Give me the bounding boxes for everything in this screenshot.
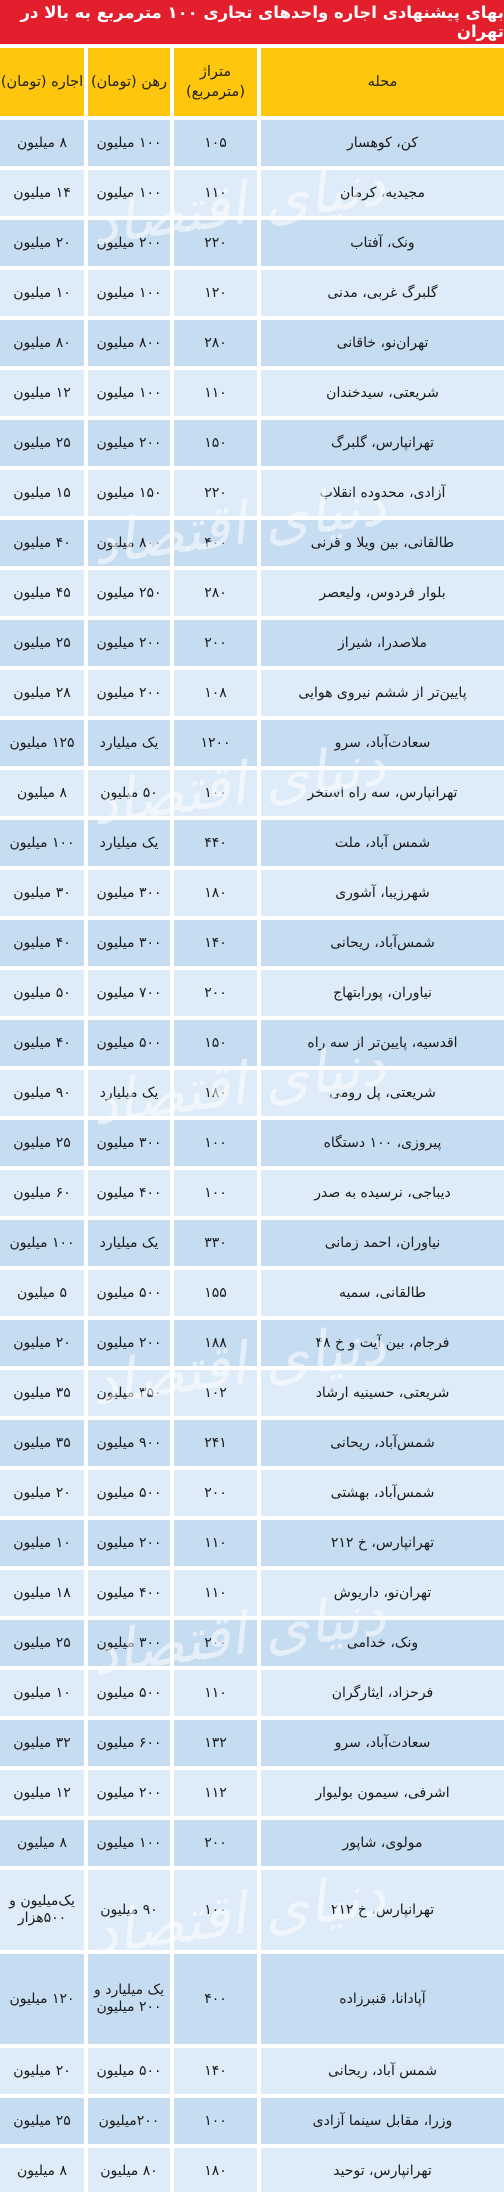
cell-rent: ۱۲ میلیون — [0, 370, 84, 416]
cell-deposit: ۳۵۰ میلیون — [88, 1370, 170, 1416]
cell-neighborhood: ملاصدرا، شیراز — [261, 620, 504, 666]
cell-neighborhood: کن، کوهسار — [261, 120, 504, 166]
table-row: تهرانپارس، خ ۲۱۲۱۰۰۹۰ میلیونیک‌میلیون و … — [0, 1870, 504, 1950]
cell-area: ۲۸۰ — [174, 570, 257, 616]
cell-neighborhood: طالقانی، بین ویلا و قرنی — [261, 520, 504, 566]
cell-neighborhood: تهرانپارس، گلبرگ — [261, 420, 504, 466]
cell-rent: ۵۰ میلیون — [0, 970, 84, 1016]
cell-rent: ۹۰ میلیون — [0, 1070, 84, 1116]
cell-neighborhood: شمس آباد، ریحانی — [261, 2048, 504, 2094]
cell-deposit: یک میلیارد — [88, 820, 170, 866]
cell-area: ۱۴۰ — [174, 920, 257, 966]
cell-area: ۱۳۲ — [174, 1720, 257, 1766]
table-row: طالقانی، سمیه۱۵۵۵۰۰ میلیون۵ میلیون — [0, 1270, 504, 1316]
cell-rent: ۸ میلیون — [0, 120, 84, 166]
cell-rent: ۲۵ میلیون — [0, 420, 84, 466]
cell-neighborhood: آزادی، محدوده انقلاب — [261, 470, 504, 516]
cell-rent: ۳۲ میلیون — [0, 1720, 84, 1766]
cell-rent: ۱۰ میلیون — [0, 1520, 84, 1566]
cell-rent: ۱۰ میلیون — [0, 270, 84, 316]
header-neighborhood: محله — [261, 48, 504, 116]
cell-rent: ۸ میلیون — [0, 770, 84, 816]
table-row: کن، کوهسار۱۰۵۱۰۰ میلیون۸ میلیون — [0, 120, 504, 166]
cell-rent: ۱۸ میلیون — [0, 1570, 84, 1616]
cell-area: ۱۸۰ — [174, 870, 257, 916]
table-body: کن، کوهسار۱۰۵۱۰۰ میلیون۸ میلیونمجیدیه، ک… — [0, 120, 504, 2192]
cell-area: ۱۵۰ — [174, 420, 257, 466]
cell-area: ۱۵۵ — [174, 1270, 257, 1316]
cell-area: ۱۰۰ — [174, 1120, 257, 1166]
header-rent: اجاره (تومان) — [0, 48, 84, 116]
cell-rent: ۵ میلیون — [0, 1270, 84, 1316]
cell-deposit: یک میلیارد — [88, 1070, 170, 1116]
cell-deposit: ۲۰۰ میلیون — [88, 420, 170, 466]
cell-deposit: ۵۰ میلیون — [88, 770, 170, 816]
cell-rent: ۶۰ میلیون — [0, 1170, 84, 1216]
table-row: نیاوران، پورابتهاج۲۰۰۷۰۰ میلیون۵۰ میلیون — [0, 970, 504, 1016]
cell-area: ۲۸۰ — [174, 320, 257, 366]
cell-neighborhood: دیباجی، نرسیده به صدر — [261, 1170, 504, 1216]
table-row: وزرا، مقابل سینما آزادی۱۰۰۲۰۰میلیون۲۵ می… — [0, 2098, 504, 2144]
table-row: فرحزاد، ایثارگران۱۱۰۵۰۰ میلیون۱۰ میلیون — [0, 1670, 504, 1716]
cell-deposit: ۴۰۰ میلیون — [88, 1170, 170, 1216]
cell-neighborhood: تهرانپارس، خ ۲۱۲ — [261, 1870, 504, 1950]
cell-deposit: ۳۰۰ میلیون — [88, 1120, 170, 1166]
cell-area: ۱۵۰ — [174, 1020, 257, 1066]
cell-deposit: ۱۰۰ میلیون — [88, 170, 170, 216]
table-header-row: محله متراژ (مترمربع) رهن (تومان) اجاره (… — [0, 48, 504, 116]
table-row: پیروزی، ۱۰۰ دستگاه۱۰۰۳۰۰ میلیون۲۵ میلیون — [0, 1120, 504, 1166]
cell-rent: ۱۰۰ میلیون — [0, 1220, 84, 1266]
cell-deposit: یک میلیارد و ۲۰۰ میلیون — [88, 1954, 170, 2044]
table-row: تهرانپارس، سه راه استخر۱۰۰۵۰ میلیون۸ میل… — [0, 770, 504, 816]
cell-area: ۱۲۰ — [174, 270, 257, 316]
table-row: سعادت‌آباد، سرو۱۲۰۰یک میلیارد۱۲۵ میلیون — [0, 720, 504, 766]
cell-deposit: ۳۰۰ میلیون — [88, 920, 170, 966]
cell-deposit: ۳۰۰ میلیون — [88, 1620, 170, 1666]
cell-deposit: ۲۰۰ میلیون — [88, 220, 170, 266]
cell-neighborhood: شریعتی، حسینیه ارشاد — [261, 1370, 504, 1416]
cell-rent: ۸۰ میلیون — [0, 320, 84, 366]
cell-neighborhood: گلبرگ غربی، مدنی — [261, 270, 504, 316]
cell-deposit: ۱۰۰ میلیون — [88, 120, 170, 166]
cell-neighborhood: شمس‌آباد، ریحانی — [261, 1420, 504, 1466]
cell-neighborhood: شمس‌آباد، بهشتی — [261, 1470, 504, 1516]
cell-neighborhood: بلوار فردوس، ولیعصر — [261, 570, 504, 616]
cell-rent: ۳۰ میلیون — [0, 870, 84, 916]
cell-deposit: ۲۵۰ میلیون — [88, 570, 170, 616]
cell-rent: ۸ میلیون — [0, 1820, 84, 1866]
cell-area: ۱۱۰ — [174, 370, 257, 416]
cell-deposit: ۵۰۰ میلیون — [88, 2048, 170, 2094]
cell-rent: ۱۴ میلیون — [0, 170, 84, 216]
cell-rent: یک‌میلیون و ۵۰۰هزار — [0, 1870, 84, 1950]
cell-rent: ۲۰ میلیون — [0, 220, 84, 266]
cell-deposit: ۵۰۰ میلیون — [88, 1470, 170, 1516]
cell-area: ۱۰۵ — [174, 120, 257, 166]
cell-neighborhood: ونک، آفتاب — [261, 220, 504, 266]
cell-deposit: ۸۰ میلیون — [88, 2148, 170, 2192]
cell-area: ۲۰۰ — [174, 1820, 257, 1866]
cell-area: ۲۰۰ — [174, 1470, 257, 1516]
cell-rent: ۸ میلیون — [0, 2148, 84, 2192]
table-row: شمس‌آباد، ریحانی۲۴۱۹۰۰ میلیون۳۵ میلیون — [0, 1420, 504, 1466]
cell-deposit: ۵۰۰ میلیون — [88, 1020, 170, 1066]
cell-neighborhood: شمس آباد، ملت — [261, 820, 504, 866]
cell-neighborhood: شمس‌آباد، ریحانی — [261, 920, 504, 966]
table-row: پایین‌تر از ششم نیروی هوایی۱۰۸۲۰۰ میلیون… — [0, 670, 504, 716]
table-row: تهران‌نو، داریوش۱۱۰۴۰۰ میلیون۱۸ میلیون — [0, 1570, 504, 1616]
cell-rent: ۲۰ میلیون — [0, 2048, 84, 2094]
cell-neighborhood: اقدسیه، پایین‌تر از سه راه — [261, 1020, 504, 1066]
cell-area: ۱۱۲ — [174, 1770, 257, 1816]
cell-area: ۲۲۰ — [174, 470, 257, 516]
cell-deposit: ۴۰۰ میلیون — [88, 1570, 170, 1616]
cell-deposit: یک میلیارد — [88, 1220, 170, 1266]
cell-neighborhood: تهرانپارس، توحید — [261, 2148, 504, 2192]
cell-deposit: ۵۰۰ میلیون — [88, 1670, 170, 1716]
cell-deposit: ۹۰۰ میلیون — [88, 1420, 170, 1466]
cell-deposit: ۷۰۰ میلیون — [88, 970, 170, 1016]
cell-area: ۱۰۲ — [174, 1370, 257, 1416]
table-row: شهرزیبا، آشوری۱۸۰۳۰۰ میلیون۳۰ میلیون — [0, 870, 504, 916]
table-row: مولوی، شاپور۲۰۰۱۰۰ میلیون۸ میلیون — [0, 1820, 504, 1866]
cell-deposit: ۱۵۰ میلیون — [88, 470, 170, 516]
cell-area: ۲۰۰ — [174, 620, 257, 666]
cell-rent: ۳۵ میلیون — [0, 1420, 84, 1466]
table-row: طالقانی، بین ویلا و قرنی۴۰۰۸۰۰ میلیون۴۰ … — [0, 520, 504, 566]
cell-rent: ۱۵ میلیون — [0, 470, 84, 516]
table-row: تهرانپارس، توحید۱۸۰۸۰ میلیون۸ میلیون — [0, 2148, 504, 2192]
cell-area: ۱۰۰ — [174, 1870, 257, 1950]
cell-neighborhood: مجیدیه، کرمان — [261, 170, 504, 216]
cell-deposit: ۱۰۰ میلیون — [88, 270, 170, 316]
cell-neighborhood: سعادت‌آباد، سرو — [261, 1720, 504, 1766]
cell-neighborhood: فرجام، بین آیت و خ ۴۸ — [261, 1320, 504, 1366]
page-title: بهای پیشنهادی اجاره واحدهای تجاری ۱۰۰ مت… — [0, 0, 504, 48]
cell-area: ۳۳۰ — [174, 1220, 257, 1266]
cell-rent: ۴۵ میلیون — [0, 570, 84, 616]
cell-area: ۱۱۰ — [174, 170, 257, 216]
table-row: آپادانا، قنبرزاده۴۰۰یک میلیارد و ۲۰۰ میل… — [0, 1954, 504, 2044]
cell-area: ۴۰۰ — [174, 1954, 257, 2044]
cell-neighborhood: پایین‌تر از ششم نیروی هوایی — [261, 670, 504, 716]
cell-neighborhood: شریعتی، پل رومی — [261, 1070, 504, 1116]
cell-neighborhood: تهران‌نو، خاقانی — [261, 320, 504, 366]
cell-neighborhood: فرحزاد، ایثارگران — [261, 1670, 504, 1716]
cell-deposit: ۶۰۰ میلیون — [88, 1720, 170, 1766]
table-row: اشرفی، سیمون بولیوار۱۱۲۲۰۰ میلیون۱۲ میلی… — [0, 1770, 504, 1816]
cell-rent: ۱۰۰ میلیون — [0, 820, 84, 866]
table-row: فرجام، بین آیت و خ ۴۸۱۸۸۲۰۰ میلیون۲۰ میل… — [0, 1320, 504, 1366]
cell-area: ۴۴۰ — [174, 820, 257, 866]
cell-neighborhood: سعادت‌آباد، سرو — [261, 720, 504, 766]
cell-deposit: ۲۰۰ میلیون — [88, 1320, 170, 1366]
cell-area: ۲۲۰ — [174, 220, 257, 266]
cell-rent: ۳۵ میلیون — [0, 1370, 84, 1416]
cell-deposit: ۱۰۰ میلیون — [88, 370, 170, 416]
table-row: شمس‌آباد، بهشتی۲۰۰۵۰۰ میلیون۲۰ میلیون — [0, 1470, 504, 1516]
table-row: تهران‌نو، خاقانی۲۸۰۸۰۰ میلیون۸۰ میلیون — [0, 320, 504, 366]
cell-area: ۲۰۰ — [174, 1620, 257, 1666]
cell-neighborhood: مولوی، شاپور — [261, 1820, 504, 1866]
table-row: اقدسیه، پایین‌تر از سه راه۱۵۰۵۰۰ میلیون۴… — [0, 1020, 504, 1066]
table-row: ونک، آفتاب۲۲۰۲۰۰ میلیون۲۰ میلیون — [0, 220, 504, 266]
cell-neighborhood: وزرا، مقابل سینما آزادی — [261, 2098, 504, 2144]
cell-deposit: ۲۰۰ میلیون — [88, 1770, 170, 1816]
cell-deposit: ۲۰۰ میلیون — [88, 620, 170, 666]
cell-rent: ۱۲ میلیون — [0, 1770, 84, 1816]
table-row: گلبرگ غربی، مدنی۱۲۰۱۰۰ میلیون۱۰ میلیون — [0, 270, 504, 316]
cell-rent: ۱۲۰ میلیون — [0, 1954, 84, 2044]
cell-neighborhood: آپادانا، قنبرزاده — [261, 1954, 504, 2044]
cell-neighborhood: شریعتی، سیدخندان — [261, 370, 504, 416]
table-row: دیباجی، نرسیده به صدر۱۰۰۴۰۰ میلیون۶۰ میل… — [0, 1170, 504, 1216]
table-row: آزادی، محدوده انقلاب۲۲۰۱۵۰ میلیون۱۵ میلی… — [0, 470, 504, 516]
cell-rent: ۲۵ میلیون — [0, 1120, 84, 1166]
cell-area: ۱۸۰ — [174, 1070, 257, 1116]
table-row: تهرانپارس، گلبرگ۱۵۰۲۰۰ میلیون۲۵ میلیون — [0, 420, 504, 466]
cell-area: ۴۰۰ — [174, 520, 257, 566]
cell-area: ۱۸۸ — [174, 1320, 257, 1366]
cell-neighborhood: اشرفی، سیمون بولیوار — [261, 1770, 504, 1816]
table-row: نیاوران، احمد زمانی۳۳۰یک میلیارد۱۰۰ میلی… — [0, 1220, 504, 1266]
cell-rent: ۲۰ میلیون — [0, 1320, 84, 1366]
cell-neighborhood: تهرانپارس، خ ۲۱۲ — [261, 1520, 504, 1566]
cell-rent: ۴۰ میلیون — [0, 1020, 84, 1066]
cell-rent: ۲۵ میلیون — [0, 1620, 84, 1666]
cell-area: ۱۴۰ — [174, 2048, 257, 2094]
cell-area: ۱۰۰ — [174, 1170, 257, 1216]
cell-deposit: یک میلیارد — [88, 720, 170, 766]
cell-neighborhood: ونک، خدامی — [261, 1620, 504, 1666]
cell-area: ۱۰۰ — [174, 2098, 257, 2144]
cell-area: ۱۱۰ — [174, 1670, 257, 1716]
cell-neighborhood: تهران‌نو، داریوش — [261, 1570, 504, 1616]
table-row: شمس آباد، ریحانی۱۴۰۵۰۰ میلیون۲۰ میلیون — [0, 2048, 504, 2094]
cell-neighborhood: طالقانی، سمیه — [261, 1270, 504, 1316]
cell-area: ۱۱۰ — [174, 1570, 257, 1616]
table-row: ونک، خدامی۲۰۰۳۰۰ میلیون۲۵ میلیون — [0, 1620, 504, 1666]
table-row: ملاصدرا، شیراز۲۰۰۲۰۰ میلیون۲۵ میلیون — [0, 620, 504, 666]
cell-rent: ۲۸ میلیون — [0, 670, 84, 716]
table-row: شمس‌آباد، ریحانی۱۴۰۳۰۰ میلیون۴۰ میلیون — [0, 920, 504, 966]
cell-deposit: ۳۰۰ میلیون — [88, 870, 170, 916]
cell-rent: ۱۰ میلیون — [0, 1670, 84, 1716]
cell-deposit: ۲۰۰ میلیون — [88, 670, 170, 716]
cell-rent: ۱۲۵ میلیون — [0, 720, 84, 766]
table-row: مجیدیه، کرمان۱۱۰۱۰۰ میلیون۱۴ میلیون — [0, 170, 504, 216]
cell-deposit: ۹۰ میلیون — [88, 1870, 170, 1950]
cell-area: ۱۸۰ — [174, 2148, 257, 2192]
table-row: شریعتی، حسینیه ارشاد۱۰۲۳۵۰ میلیون۳۵ میلی… — [0, 1370, 504, 1416]
cell-area: ۱۰۸ — [174, 670, 257, 716]
cell-deposit: ۱۰۰ میلیون — [88, 1820, 170, 1866]
cell-area: ۲۴۱ — [174, 1420, 257, 1466]
cell-neighborhood: نیاوران، پورابتهاج — [261, 970, 504, 1016]
cell-deposit: ۸۰۰ میلیون — [88, 520, 170, 566]
table-row: سعادت‌آباد، سرو۱۳۲۶۰۰ میلیون۳۲ میلیون — [0, 1720, 504, 1766]
header-area: متراژ (مترمربع) — [174, 48, 257, 116]
table-row: تهرانپارس، خ ۲۱۲۱۱۰۲۰۰ میلیون۱۰ میلیون — [0, 1520, 504, 1566]
cell-deposit: ۵۰۰ میلیون — [88, 1270, 170, 1316]
cell-deposit: ۸۰۰ میلیون — [88, 320, 170, 366]
cell-rent: ۴۰ میلیون — [0, 520, 84, 566]
cell-area: ۱۲۰۰ — [174, 720, 257, 766]
cell-area: ۲۰۰ — [174, 970, 257, 1016]
cell-rent: ۲۰ میلیون — [0, 1470, 84, 1516]
rent-price-table: محله متراژ (مترمربع) رهن (تومان) اجاره (… — [0, 44, 504, 2192]
table-row: شمس آباد، ملت۴۴۰یک میلیارد۱۰۰ میلیون — [0, 820, 504, 866]
table-row: شریعتی، سیدخندان۱۱۰۱۰۰ میلیون۱۲ میلیون — [0, 370, 504, 416]
cell-neighborhood: شهرزیبا، آشوری — [261, 870, 504, 916]
cell-rent: ۲۵ میلیون — [0, 2098, 84, 2144]
cell-neighborhood: تهرانپارس، سه راه استخر — [261, 770, 504, 816]
cell-neighborhood: پیروزی، ۱۰۰ دستگاه — [261, 1120, 504, 1166]
cell-area: ۱۱۰ — [174, 1520, 257, 1566]
cell-rent: ۴۰ میلیون — [0, 920, 84, 966]
cell-area: ۱۰۰ — [174, 770, 257, 816]
cell-deposit: ۲۰۰میلیون — [88, 2098, 170, 2144]
cell-neighborhood: نیاوران، احمد زمانی — [261, 1220, 504, 1266]
cell-deposit: ۲۰۰ میلیون — [88, 1520, 170, 1566]
table-row: بلوار فردوس، ولیعصر۲۸۰۲۵۰ میلیون۴۵ میلیو… — [0, 570, 504, 616]
header-deposit: رهن (تومان) — [88, 48, 170, 116]
infographic: بهای پیشنهادی اجاره واحدهای تجاری ۱۰۰ مت… — [0, 0, 504, 2192]
table-row: شریعتی، پل رومی۱۸۰یک میلیارد۹۰ میلیون — [0, 1070, 504, 1116]
cell-rent: ۲۵ میلیون — [0, 620, 84, 666]
